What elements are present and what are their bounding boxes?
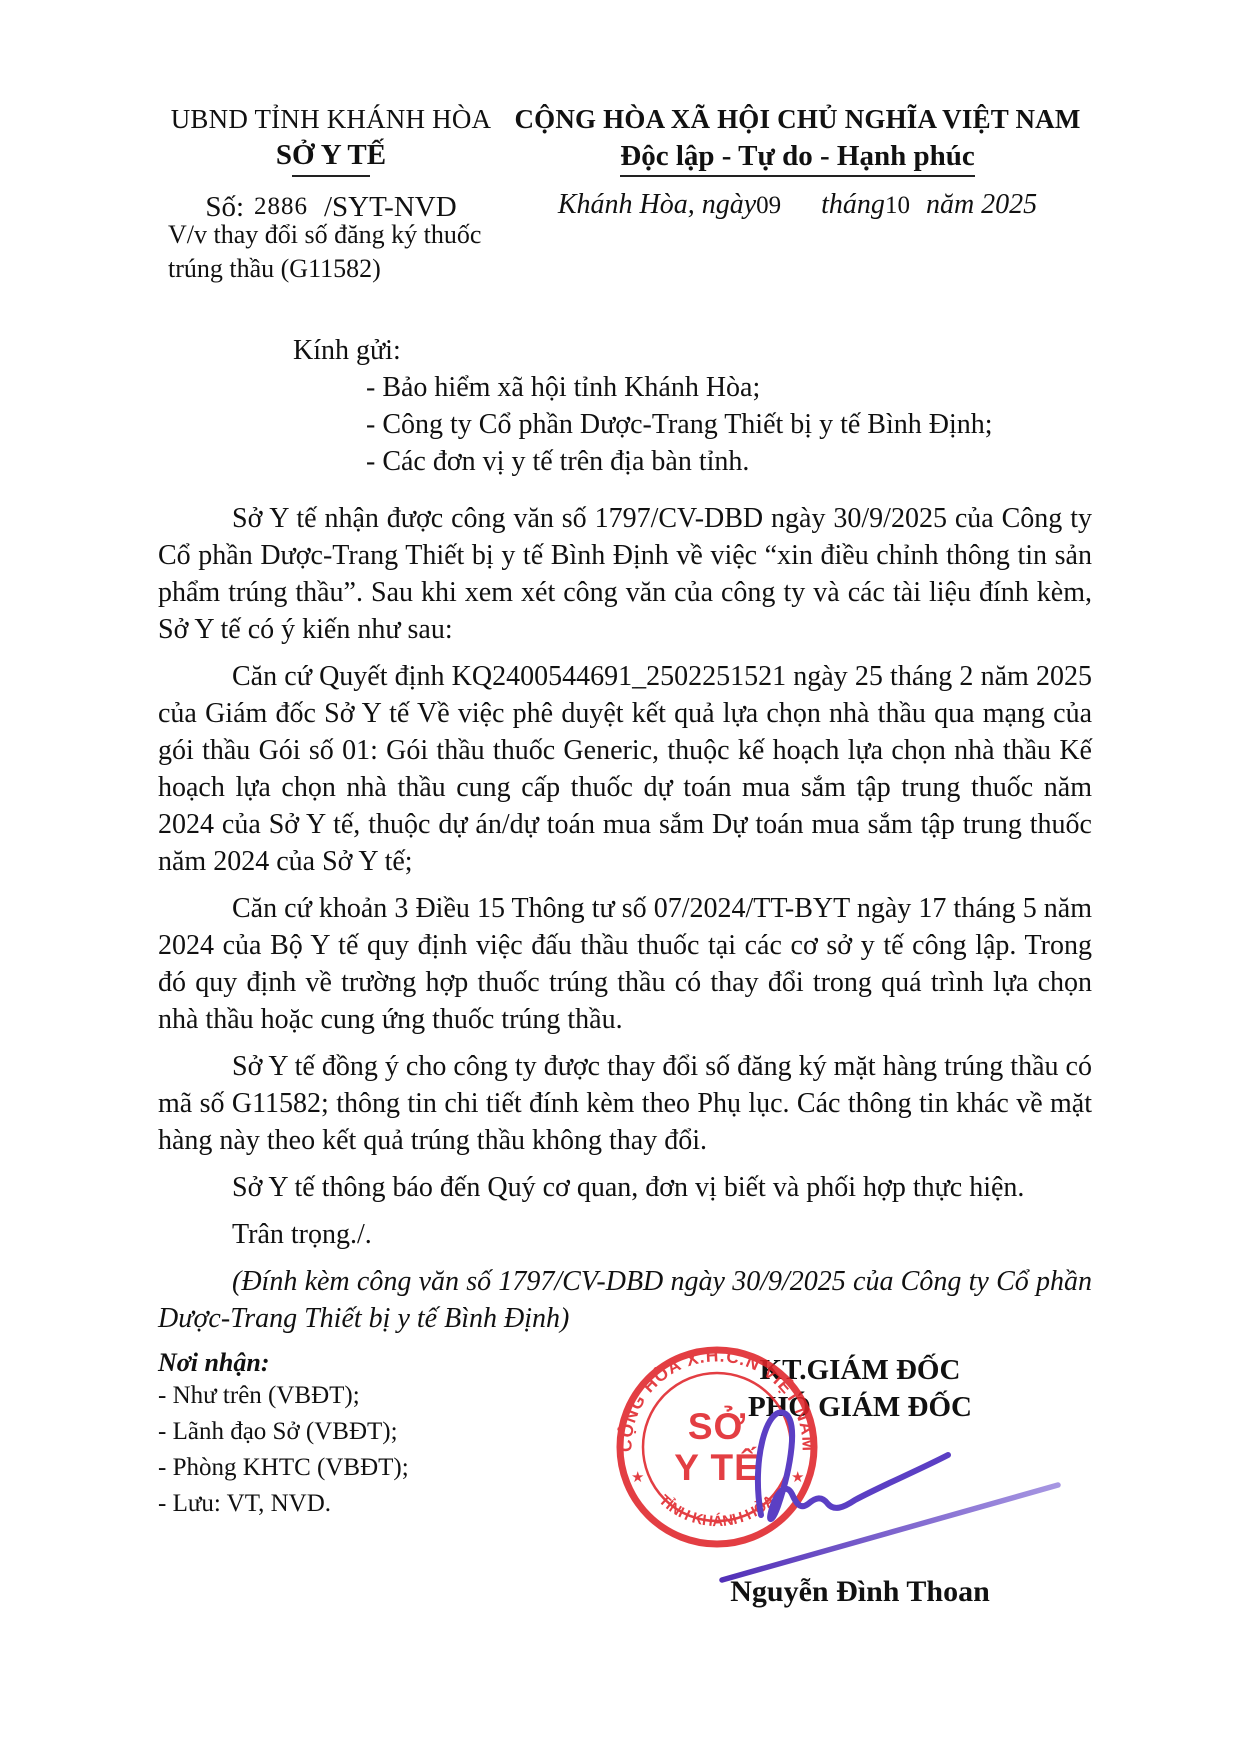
recipient-item: - Bảo hiểm xã hội tỉnh Khánh Hòa;: [366, 369, 1092, 406]
recipient-item: - Các đơn vị y tế trên địa bàn tỉnh.: [366, 443, 1092, 480]
recipient-list: - Bảo hiểm xã hội tỉnh Khánh Hòa; - Công…: [366, 369, 1092, 480]
place-date-line: Khánh Hòa, ngày09tháng10năm 2025: [505, 189, 1090, 221]
salutation-label: Kính gửi:: [293, 332, 1092, 369]
noinhan-title: Nơi nhận:: [158, 1348, 518, 1378]
noinhan-item: - Lưu: VT, NVD.: [158, 1486, 518, 1522]
month-value: 10: [885, 192, 910, 219]
handwritten-signature: [620, 1398, 1080, 1598]
header-national: CỘNG HÒA XÃ HỘI CHỦ NGHĨA VIỆT NAM Độc l…: [505, 104, 1090, 221]
attachment-note: (Đính kèm công văn số 1797/CV-DBD ngày 3…: [158, 1263, 1092, 1337]
month-label: tháng: [821, 189, 885, 220]
noinhan-item: - Lãnh đạo Sở (VBĐT);: [158, 1414, 518, 1450]
org-parent: UBND TỈNH KHÁNH HÒA: [150, 104, 512, 135]
paragraph-1: Sở Y tế nhận được công văn số 1797/CV-DB…: [158, 500, 1092, 648]
noinhan-item: - Phòng KHTC (VBĐT);: [158, 1450, 518, 1486]
year-label: năm 2025: [926, 189, 1037, 220]
signature-graphic: [620, 1398, 1080, 1598]
place-prefix: Khánh Hòa, ngày: [558, 189, 756, 220]
closing: Trân trọng./.: [158, 1216, 1092, 1253]
day-value: 09: [756, 192, 781, 219]
national-title: CỘNG HÒA XÃ HỘI CHỦ NGHĨA VIỆT NAM: [505, 104, 1090, 135]
letter-body: Kính gửi: - Bảo hiểm xã hội tỉnh Khánh H…: [158, 332, 1092, 1337]
recipient-item: - Công ty Cổ phần Dược-Trang Thiết bị y …: [366, 406, 1092, 443]
paragraph-5: Sở Y tế thông báo đến Quý cơ quan, đơn v…: [158, 1169, 1092, 1206]
org-underline: [292, 175, 370, 177]
org-name: SỞ Y TẾ: [150, 139, 512, 172]
noinhan-item: - Như trên (VBĐT);: [158, 1378, 518, 1414]
official-letter-page: UBND TỈNH KHÁNH HÒA SỞ Y TẾ Số:2886/SYT-…: [0, 0, 1241, 1754]
paragraph-2: Căn cứ Quyết định KQ2400544691_250225152…: [158, 658, 1092, 880]
recipients-footer-block: Nơi nhận: - Như trên (VBĐT); - Lãnh đạo …: [158, 1348, 518, 1522]
paragraph-4: Sở Y tế đồng ý cho công ty được thay đổi…: [158, 1048, 1092, 1159]
national-motto: Độc lập - Tự do - Hạnh phúc: [620, 140, 975, 177]
header-issuing-org: UBND TỈNH KHÁNH HÒA SỞ Y TẾ Số:2886/SYT-…: [150, 104, 512, 224]
document-subject: V/v thay đổi số đăng ký thuốc trúng thầu…: [168, 218, 498, 286]
paragraph-3: Căn cứ khoản 3 Điều 15 Thông tư số 07/20…: [158, 890, 1092, 1038]
signature-stroke: [758, 1412, 948, 1519]
number-value: 2886: [254, 193, 308, 220]
